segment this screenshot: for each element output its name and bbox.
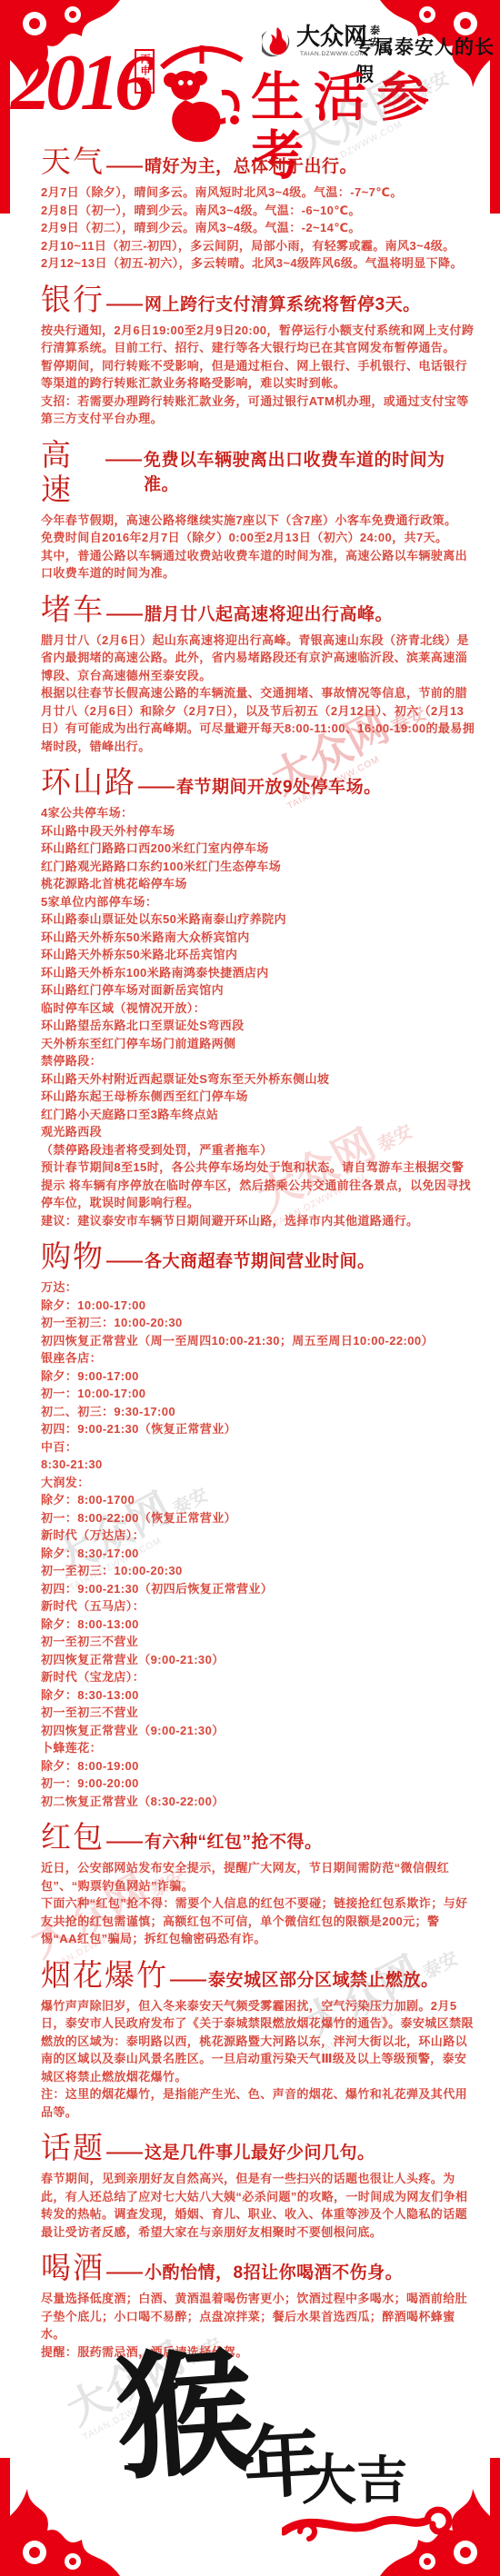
body-line: 预计春节期间8至15时，各公共停车场均处于饱和状态。请自驾游车主根据交警提示 将… [41, 1159, 475, 1212]
section-heading: 烟花爆竹 —— 泰安城区部分区域禁止燃放。 [41, 1959, 475, 1994]
section-subtitle: 晴好为主，总体利于出行。 [145, 153, 357, 177]
section-dash: —— [106, 156, 143, 177]
section-subtitle: 腊月廿八起高速将迎出行高峰。 [145, 601, 393, 625]
section-heading: 堵车 —— 腊月廿八起高速将迎出行高峰。 [41, 593, 475, 628]
section-heading: 银行 —— 网上跨行支付清算系统将暂停3天。 [41, 283, 475, 318]
section-title: 堵车 [41, 593, 105, 628]
body-line: 免费时间自2016年2月7日（除夕）0:00至2月13日（初六）24:00，共7… [41, 529, 475, 547]
body-line: 临时停车区域（视情况开放）： [41, 1000, 475, 1018]
section-title: 红包 [41, 1821, 105, 1855]
section-body: 2月7日（除夕），晴间多云。南风短时北风3~4级。气温：-7~7℃。2月8日（初… [41, 184, 475, 273]
section-title: 天气 [41, 145, 105, 180]
body-line: 环山路中段天外村停车场 [41, 822, 475, 840]
section-body: 万达：除夕：10:00-17:00初一至初三：10:00-20:30初四恢复正常… [41, 1278, 475, 1810]
body-line: 初一：9:00-20:00 [41, 1775, 475, 1793]
body-line: 除夕：8:00-19:00 [41, 1757, 475, 1775]
section-heading: 环山路 —— 春节期间开放9处停车场。 [41, 766, 475, 801]
section-subtitle: 有六种“红包”抢不得。 [145, 1828, 323, 1853]
cloud-corner-icon [0, 2483, 120, 2576]
section-body: 春节期间，见到亲朋好友自然高兴，但是有一些扫兴的话题也很让人头疼。为此，有人还总… [41, 2170, 475, 2241]
body-line: 注：这里的烟花爆竹，是指能产生光、色、声音的烟花、爆竹和礼花弹及其代用品等。 [41, 2085, 475, 2121]
body-line: 其中，普通公路以车辆通过收费站收费车道的时间为准，高速公路以车辆驶离出口收费车道… [41, 547, 475, 582]
body-line: 环山路天外村附近西起票证处S弯东至天外桥东侧山坡 [41, 1070, 475, 1089]
section-ring-road: 环山路 —— 春节期间开放9处停车场。 4家公共停车场：环山路中段天外村停车场环… [41, 766, 475, 1229]
holiday-guide-poster: 2016 丙申年 大众网 泰 安 TAIAN.DZWWW.COM 专属泰安人的长… [0, 0, 500, 2576]
body-line: 爆竹声声除旧岁，但入冬来泰安天气频受雾霾困扰，空气污染压力加剧。2月5日，泰安市… [41, 1997, 475, 2086]
body-line: 环山路东起王母桥东侧西至红门停车场 [41, 1088, 475, 1106]
body-line: 暂停期间，同行转账不受影响，但是通过柜台、网上银行、手机银行、电话银行等渠道的跨… [41, 357, 475, 393]
section-dash: —— [138, 777, 175, 798]
body-line: 5家单位内部停车场： [41, 893, 475, 911]
section-body: 尽量选择低度酒；白酒、黄酒温着喝伤害更小；饮酒过程中多喝水；喝酒前给肚子垫个底儿… [41, 2290, 475, 2361]
body-line: 初四：9:00-21:30（初四后恢复正常营业） [41, 1580, 475, 1598]
body-line: 红门路小天庭路口至3路车终点站 [41, 1106, 475, 1124]
body-line: 环山路红门路路口西200米红门室内停车场 [41, 840, 475, 858]
body-line: 支招：若需要办理跨行转账汇款业务，可通过银行ATM机办理，或通过支付宝等第三方支… [41, 393, 475, 428]
body-line: 8:30-21:30 [41, 1456, 475, 1474]
body-line: 除夕：8:00-13:00 [41, 1616, 475, 1634]
body-line: 初一：10:00-17:00 [41, 1385, 475, 1403]
body-line: 观光路西段 [41, 1123, 475, 1141]
section-body: 按央行通知，2月6日19:00至2月9日20:00，暂停运行小额支付系统和网上支… [41, 322, 475, 428]
section-dash: —— [106, 2143, 143, 2163]
body-line: 初一至初三：10:00-20:30 [41, 1562, 475, 1580]
body-line: 红门路观光路路口东约100米红门生态停车场 [41, 858, 475, 876]
body-line: 环山路望岳东路北口至票证处S弯西段 [41, 1017, 475, 1035]
section-title: 话题 [41, 2132, 105, 2166]
body-line: 尽量选择低度酒；白酒、黄酒温着喝伤害更小；饮酒过程中多喝水；喝酒前给肚子垫个底儿… [41, 2290, 475, 2343]
body-line: 初二、初三：9:30-17:00 [41, 1403, 475, 1421]
section-subtitle: 泰安城区部分区域禁止燃放。 [208, 1966, 439, 1991]
body-line: 桃花源路北首桃花峪停车场 [41, 875, 475, 893]
body-line: 禁停路段： [41, 1052, 475, 1070]
body-line: 卜蜂莲花： [41, 1739, 475, 1757]
body-line: 环山路天外桥东100米路南鸿泰快捷酒店内 [41, 964, 475, 982]
section-drinking: 喝酒 —— 小酌怡情，8招让你喝酒不伤身。 尽量选择低度酒；白酒、黄酒温着喝伤害… [41, 2252, 475, 2361]
body-line: 春节期间，见到亲朋好友自然高兴，但是有一些扫兴的话题也很让人头疼。为此，有人还总… [41, 2170, 475, 2241]
section-title: 高速 [41, 439, 104, 508]
section-fireworks: 烟花爆竹 —— 泰安城区部分区域禁止燃放。 爆竹声声除旧岁，但入冬来泰安天气频受… [41, 1959, 475, 2122]
section-body: 4家公共停车场：环山路中段天外村停车场环山路红门路路口西200米红门室内停车场红… [41, 804, 475, 1229]
body-line: 下面六种“红包”抢不得：需要个人信息的红包不要碰；链接抢红包系欺诈；与好友共抢的… [41, 1895, 475, 1948]
body-line: 初一至初三：10:00-20:30 [41, 1314, 475, 1332]
section-title: 环山路 [41, 766, 136, 801]
body-line: 银座各店： [41, 1349, 475, 1368]
body-line: 中百： [41, 1438, 475, 1457]
body-line: （禁停路段违者将受到处罚，严重者拖车） [41, 1141, 475, 1159]
body-line: 根据以往春节长假高速公路的车辆流量、交通拥堵、事故情况等信息，节前的腊月廿八（2… [41, 684, 475, 755]
cloud-swirl-icon [282, 2497, 455, 2547]
body-line: 除夕：8:30-13:00 [41, 1686, 475, 1705]
body-line: 除夕：8:30-17:00 [41, 1545, 475, 1563]
section-topics: 话题 —— 这是几件事儿最好少问几句。 春节期间，见到亲朋好友自然高兴，但是有一… [41, 2132, 475, 2241]
body-line: 2月7日（除夕），晴间多云。南风短时北风3~4级。气温：-7~7℃。 [41, 184, 475, 202]
section-red-envelope: 红包 —— 有六种“红包”抢不得。 近日，公安部网站发布安全提示，提醒广大网友，… [41, 1821, 475, 1948]
section-heading: 天气 —— 晴好为主，总体利于出行。 [41, 145, 475, 180]
body-line: 除夕：8:00-1700 [41, 1491, 475, 1509]
section-heading: 喝酒 —— 小酌怡情，8招让你喝酒不伤身。 [41, 2252, 475, 2286]
monkey-papercut-icon [144, 33, 251, 149]
section-bank: 银行 —— 网上跨行支付清算系统将暂停3天。 按央行通知，2月6日19:00至2… [41, 283, 475, 428]
body-line: 天外桥东至红门停车场门前道路两侧 [41, 1035, 475, 1053]
body-line: 环山路泰山票证处以东50米路南泰山疗养院内 [41, 910, 475, 929]
body-line: 大润发： [41, 1474, 475, 1492]
body-line: 2月8日（初一），晴到少云。南风3~4级。气温：-6~10℃。 [41, 202, 475, 220]
greeting-calligraphy: 猴 [112, 2344, 257, 2490]
section-subtitle: 春节期间开放9处停车场。 [176, 773, 382, 798]
body-line: 4家公共停车场： [41, 804, 475, 822]
section-dash: —— [170, 1970, 206, 1991]
body-line: 新时代（五马店）： [41, 1597, 475, 1616]
guide-content: 天气 —— 晴好为主，总体利于出行。 2月7日（除夕），晴间多云。南风短时北风3… [41, 145, 475, 2372]
section-title: 银行 [41, 283, 105, 318]
section-dash: —— [105, 450, 142, 471]
section-traffic: 堵车 —— 腊月廿八起高速将迎出行高峰。 腊月廿八（2月6日）起山东高速将迎出行… [41, 593, 475, 756]
section-dash: —— [106, 2263, 143, 2283]
body-line: 环山路红门停车场对面新岳宾馆内 [41, 981, 475, 1000]
body-line: 初二恢复正常营业（8:30-22:00） [41, 1793, 475, 1811]
section-dash: —— [106, 1251, 143, 1272]
body-line: 初四恢复正常营业（9:00-21:30） [41, 1722, 475, 1740]
section-highway: 高速 —— 免费以车辆驶离出口收费车道的时间为准。 今年春节假期，高速公路将继续… [41, 439, 475, 582]
section-body: 爆竹声声除旧岁，但入冬来泰安天气频受雾霾困扰，空气污染压力加剧。2月5日，泰安市… [41, 1997, 475, 2122]
body-line: 提醒：服药需忌酒，酒后请选择代驾。 [41, 2343, 475, 2362]
body-line: 近日，公安部网站发布安全提示，提醒广大网友，节日期间需防范“微信假红包”、“购票… [41, 1859, 475, 1895]
section-heading: 高速 —— 免费以车辆驶离出口收费车道的时间为准。 [41, 439, 475, 508]
body-line: 2月10~11日（初三-初四），多云间阴，局部小雨，有轻雾或霾。南风3~4级。 [41, 237, 475, 255]
section-shopping: 购物 —— 各大商超春节期间营业时间。 万达：除夕：10:00-17:00初一至… [41, 1240, 475, 1810]
section-heading: 红包 —— 有六种“红包”抢不得。 [41, 1821, 475, 1855]
body-line: 新时代（万达店）： [41, 1527, 475, 1545]
section-subtitle: 各大商超春节期间营业时间。 [145, 1248, 375, 1272]
section-dash: —— [106, 1832, 143, 1853]
section-subtitle: 免费以车辆驶离出口收费车道的时间为准。 [144, 446, 475, 495]
body-line: 建议：建议泰安市车辆节日期间避开环山路，选择市内其他道路通行。 [41, 1212, 475, 1230]
body-line: 万达： [41, 1278, 475, 1297]
section-subtitle: 这是几件事儿最好少问几句。 [145, 2139, 375, 2163]
section-title: 喝酒 [41, 2252, 105, 2286]
body-line: 初一至初三不营业 [41, 1704, 475, 1722]
section-title: 购物 [41, 1240, 105, 1275]
body-line: 除夕：9:00-17:00 [41, 1368, 475, 1386]
section-subtitle: 小酌怡情，8招让你喝酒不伤身。 [145, 2259, 403, 2283]
body-line: 初四恢复正常营业（周一至周四10:00-21:30；周五至周日10:00-22:… [41, 1332, 475, 1350]
section-weather: 天气 —— 晴好为主，总体利于出行。 2月7日（除夕），晴间多云。南风短时北风3… [41, 145, 475, 273]
body-line: 环山路天外桥东50米路北环岳宾馆内 [41, 946, 475, 964]
body-line: 今年春节假期，高速公路将继续实施7座以下（含7座）小客车免费通行政策。 [41, 512, 475, 530]
body-line: 2月12~13日（初五-初六），多云转晴。北风3~4级阵风6级。气温将明显下降。 [41, 254, 475, 273]
section-body: 近日，公安部网站发布安全提示，提醒广大网友，节日期间需防范“微信假红包”、“购票… [41, 1859, 475, 1948]
body-line: 初一：8:00-22:00（恢复正常营业） [41, 1509, 475, 1527]
body-line: 按央行通知，2月6日19:00至2月9日20:00，暂停运行小额支付系统和网上支… [41, 322, 475, 357]
body-line: 2月9日（初二），晴到少云。南风3~4级。气温：-2~14℃。 [41, 219, 475, 237]
section-dash: —— [106, 604, 143, 625]
section-heading: 话题 —— 这是几件事儿最好少问几句。 [41, 2132, 475, 2166]
section-body: 腊月廿八（2月6日）起山东高速将迎出行高峰。青银高速山东段（济青北线）是省内最拥… [41, 632, 475, 756]
flame-logo-icon [262, 25, 293, 58]
section-title: 烟花爆竹 [41, 1959, 168, 1994]
year-2016-papercut: 2016 [11, 44, 149, 124]
section-subtitle: 网上跨行支付清算系统将暂停3天。 [145, 291, 421, 315]
body-line: 除夕：10:00-17:00 [41, 1297, 475, 1315]
body-line: 初四恢复正常营业（9:00-21:30） [41, 1651, 475, 1669]
body-line: 环山路天外桥东50米路南大众桥宾馆内 [41, 929, 475, 947]
body-line: 初一至初三不营业 [41, 1633, 475, 1651]
body-line: 新时代（宝龙店）： [41, 1668, 475, 1686]
section-dash: —— [106, 294, 143, 315]
section-heading: 购物 —— 各大商超春节期间营业时间。 [41, 1240, 475, 1275]
body-line: 初四：9:00-21:30（恢复正常营业） [41, 1420, 475, 1438]
section-body: 今年春节假期，高速公路将继续实施7座以下（含7座）小客车免费通行政策。免费时间自… [41, 512, 475, 582]
body-line: 腊月廿八（2月6日）起山东高速将迎出行高峰。青银高速山东段（济青北线）是省内最拥… [41, 632, 475, 685]
